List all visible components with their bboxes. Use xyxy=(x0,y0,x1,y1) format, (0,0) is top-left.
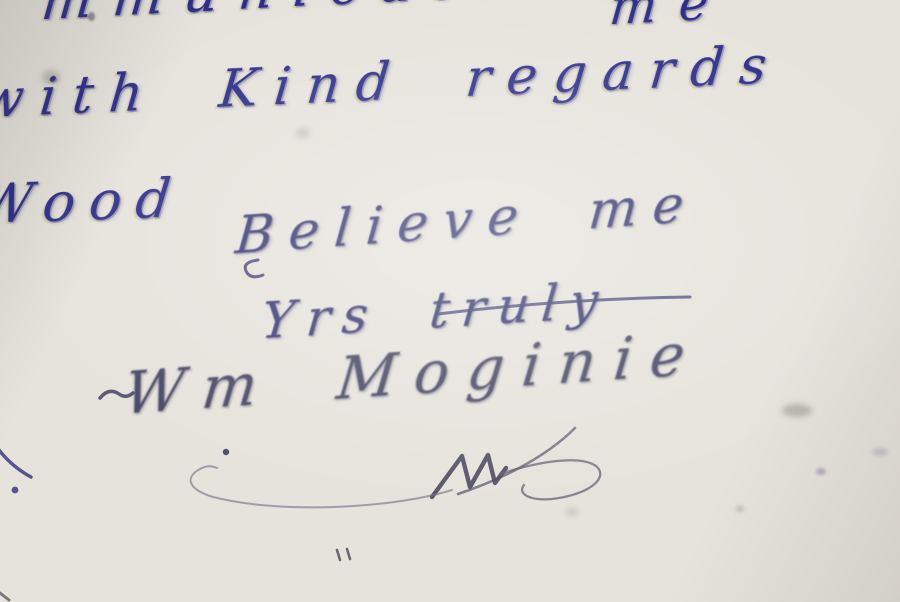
corner-tick-mark xyxy=(0,593,9,600)
ink-speckle xyxy=(816,468,826,475)
letter-photo: mmunication me with Kind regards Wood Be… xyxy=(0,0,900,602)
left-edge-ink-dot xyxy=(12,487,19,494)
handwriting-line-wood: Wood xyxy=(0,171,187,232)
ink-speckle xyxy=(872,448,888,456)
handwriting-fragment-top-right: me xyxy=(608,0,733,32)
handwriting-fragment-communication: mmunication xyxy=(39,0,621,28)
signature-flourish xyxy=(191,428,601,507)
paper-smudge xyxy=(782,404,812,417)
paper-smudge xyxy=(736,506,744,512)
handwriting-line-kind-regards: with Kind regards xyxy=(0,39,785,126)
wm-abbreviation-dot xyxy=(223,449,229,455)
paper-smudge xyxy=(566,508,578,516)
paper-smudge xyxy=(296,128,310,138)
handwriting-signature: Wm Moginie xyxy=(122,324,706,423)
double-tick-mark xyxy=(337,549,350,560)
left-edge-stroke-fragment xyxy=(0,446,31,477)
handwriting-line-believe-me: Believe me xyxy=(233,178,700,263)
